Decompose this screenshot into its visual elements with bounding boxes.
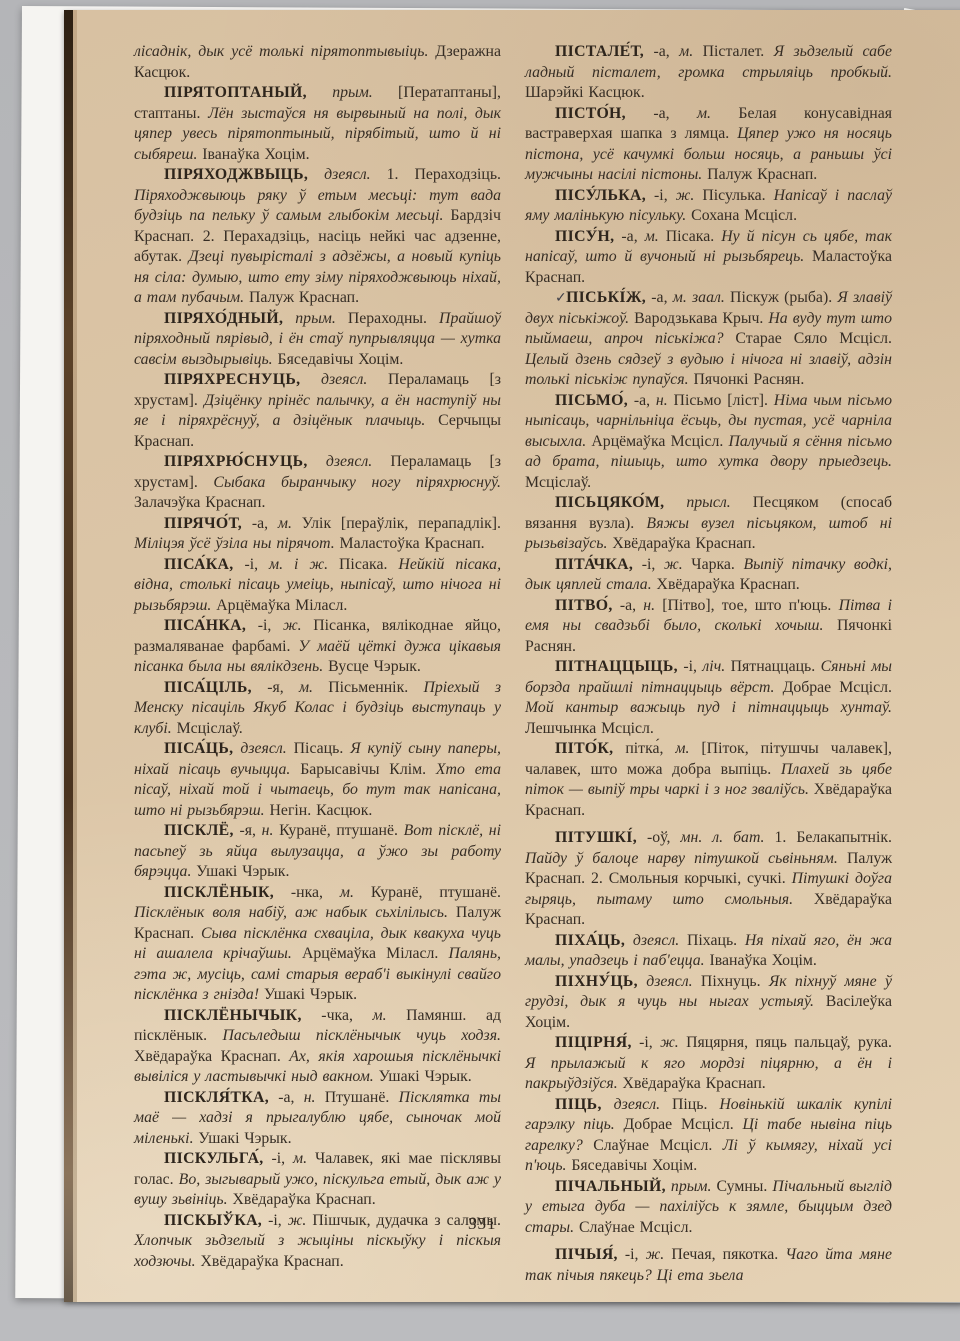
dictionary-entry: ПІСТАЛЕ́Т, -а, м. Пісталет. Я зьдзелый с…	[525, 42, 892, 104]
entry-text: Пісталет.	[693, 43, 764, 60]
scanned-page-background: лісаднік, дык усё толькі пірятоптывыіць.…	[0, 0, 960, 1341]
entry-text: Пасьледыш пісклёнычык чуць ходзя.	[207, 1027, 501, 1044]
entry-text: м.	[285, 1150, 307, 1167]
dictionary-entry: ПІХНУ́ЦЬ, дзеясл. Піхнуць. Як піхнуў мян…	[525, 972, 892, 1034]
entry-text: Сумны.	[711, 1178, 767, 1195]
entry-text: Птушанё.	[316, 1089, 390, 1106]
dictionary-entry: ПІСКЫЎКА, -і, ж. Пішчык, дудачка з салом…	[134, 1211, 501, 1273]
entry-text: Піскуж (рыба).	[725, 289, 832, 306]
entry-text: Пісаць.	[287, 740, 344, 757]
entry-text: Залачэўка Краснап.	[134, 494, 265, 511]
headword: ПІЧАЛЬНЫЙ,	[555, 1178, 666, 1195]
entry-text: дзеясл.	[625, 932, 679, 949]
headword: ПІСТО́Н,	[555, 105, 626, 122]
headword: ПІРЯХОДЖВЫЦЬ,	[164, 166, 308, 183]
entry-text: -а,	[614, 228, 637, 245]
entry-text: н.	[256, 822, 273, 839]
entry-text: м.	[638, 228, 659, 245]
dictionary-entry: ПІРЯХОДЖВЫЦЬ, дзеясл. 1. Пераходзіць. Пі…	[134, 165, 501, 309]
entry-text: ж.	[271, 617, 301, 634]
dictionary-entry: ПІСУ́ЛЬКА, -і, ж. Пісулька. Напісаў і па…	[525, 186, 892, 227]
dictionary-entry: ПІТНАЦЦЫЦЬ, -і, ліч. Пятнаццаць. Сяньні …	[525, 657, 892, 739]
dictionary-entry: ПІТУШКІ́, -оў, мн. л. бат. 1. Белакапытн…	[525, 828, 892, 931]
dictionary-entry: ПІРЯТОПТАНЫЙ, прым. [Ператаптаны], стапт…	[134, 83, 501, 165]
dictionary-entry: ПІТО́К, пітка́, м. [Піток, пітушчы чалав…	[525, 739, 892, 821]
headword: ПІЦЬ,	[555, 1096, 602, 1113]
dictionary-entry: ПІСКУЛЬГА́, -і, м. Чалавек, які мае піск…	[134, 1149, 501, 1211]
headword: ПІРЯТОПТАНЫЙ,	[164, 84, 307, 101]
entry-text: Сыбака быранчыку ногу піряхрюснуў.	[198, 474, 501, 491]
page-spine-edge-highlight	[73, 10, 77, 1302]
entry-text: Бяседавічы Хоцім.	[273, 351, 404, 368]
dictionary-entry: ПІТА́ЧКА, -і, ж. Чарка. Выпіў пітачку во…	[525, 555, 892, 596]
entry-text: -а,	[269, 1089, 294, 1106]
headword: ПІСКЫЎКА,	[164, 1212, 262, 1229]
entry-text: Мой кантыр важыць пуд і пітнаццыць хунта…	[525, 699, 892, 716]
entry-text: Слаўнае Мсцісл.	[583, 1137, 713, 1154]
dictionary-entry: ПІСА́НКА, -і, ж. Пісанка, вялікоднае яйц…	[134, 616, 501, 678]
entry-text: Ушакі Чэрык.	[259, 986, 357, 1003]
entry-text: Ушакі Чэрык.	[374, 1068, 472, 1085]
entry-text: ж.	[653, 1034, 679, 1051]
entry-text: Пісака.	[659, 228, 714, 245]
dictionary-columns: лісаднік, дык усё толькі пірятоптывыіць.…	[134, 42, 892, 1286]
headword: ПІСА́ЦЬ,	[164, 740, 233, 757]
entry-text: Шарэйкі Касцюк.	[525, 84, 645, 101]
headword: ПІТА́ЧКА,	[555, 556, 633, 573]
entry-text: -і,	[632, 1034, 653, 1051]
headword: ПІСЬЦЯКО́М,	[555, 494, 664, 511]
entry-text: Старае Сяло Мсцісл.	[724, 330, 892, 347]
dictionary-entry: ПІСКЛЁНЫЧЫК, -чка, м. Памянш. ад пісклён…	[134, 1006, 501, 1088]
dictionary-entry: лісаднік, дык усё толькі пірятоптывыіць.…	[134, 42, 501, 83]
headword: ПІСА́ЦІЛЬ,	[164, 679, 252, 696]
entry-text: -а,	[613, 597, 636, 614]
entry-text: ж.	[668, 187, 695, 204]
entry-text: ліч.	[697, 658, 725, 675]
dictionary-entry: ПІРЯХРЕСНУЦЬ, дзеясл. Пераламаць [з хрус…	[134, 370, 501, 452]
entry-text: 1. Белакапытнік.	[765, 829, 892, 846]
dictionary-entry: ПІРЯХРЮ́СНУЦЬ, дзеясл. Пераламаць [з хру…	[134, 452, 501, 514]
entry-text: Піхаць.	[679, 932, 737, 949]
dictionary-entry: ПІСКЛЁНЫК, -нка, м. Куранё, птушанё. Піс…	[134, 883, 501, 1006]
headword: ПІХНУ́ЦЬ,	[555, 973, 638, 990]
headword: ПІТВО́,	[555, 597, 613, 614]
entry-text: -і,	[678, 658, 697, 675]
entry-text: Мсціслаў.	[172, 720, 243, 737]
headword: ПІСЬКІ́Ж,	[566, 289, 646, 306]
headword: ПІСУ́Н,	[555, 228, 614, 245]
entry-text: -а,	[628, 392, 650, 409]
entry-text: м.	[663, 740, 689, 757]
entry-text: Лешчынка Мсцісл.	[525, 720, 654, 737]
entry-text: лісаднік, дык усё толькі пірятоптывыіць.	[134, 43, 428, 60]
headword: ПІСУ́ЛЬКА,	[555, 187, 646, 204]
dictionary-entry: ПІСЬЦЯКО́М, прысл. Песцяком (спосаб вяза…	[525, 493, 892, 555]
entry-text: Піхнуць.	[693, 973, 761, 990]
entry-text: -я,	[234, 822, 256, 839]
headword: ПІТО́К,	[555, 740, 613, 757]
entry-text: прым.	[666, 1178, 712, 1195]
entry-text: Пісьменнік.	[313, 679, 408, 696]
entry-text: м.	[268, 515, 292, 532]
headword: ПІСКУЛЬГА́,	[164, 1150, 264, 1167]
dictionary-entry: ПІСТО́Н, -а, м. Белая конусавідная вастр…	[525, 104, 892, 186]
dictionary-entry: ПІЦЬ, дзеясл. Піць. Новінькій шкалік куп…	[525, 1095, 892, 1177]
headword: ПІСКЛЁНЫЧЫК,	[164, 1007, 302, 1024]
entry-text: -оў,	[637, 829, 670, 846]
entry-text: Хвёдараўка Краснап.	[134, 1048, 281, 1065]
book-page: лісаднік, дык усё толькі пірятоптывыіць.…	[64, 10, 960, 1302]
entry-text: дзеясл.	[308, 453, 373, 470]
dictionary-entry: ПІСА́ЦЬ, дзеясл. Пісаць. Я купіў сыну па…	[134, 739, 501, 821]
entry-text: ж.	[639, 1246, 665, 1263]
entry-text: Хвёдараўка Краснап.	[652, 576, 800, 593]
headword: ПІРЯХРЮ́СНУЦЬ,	[164, 453, 308, 470]
entry-text: 1. Пераходзіць.	[371, 166, 501, 183]
entry-text: м.	[670, 105, 711, 122]
dictionary-entry: ПІЧЫЯ́, -і, ж. Печая, пякотка. Чаго йта …	[525, 1245, 892, 1286]
entry-text: Іванаўка Хоцім.	[705, 952, 817, 969]
entry-text: н.	[650, 392, 668, 409]
entry-text: -нка,	[274, 884, 323, 901]
entry-text: ж.	[282, 1212, 307, 1229]
entry-text: м.	[284, 679, 313, 696]
headword: ПІСКЛЯ́ТКА,	[164, 1089, 269, 1106]
entry-text: Сохана Мсцісл.	[686, 207, 797, 224]
entry-text: Ушакі Чэрык.	[194, 1130, 292, 1147]
entry-text: -я,	[252, 679, 284, 696]
entry-text: дзеясл.	[300, 371, 367, 388]
dictionary-entry: ПІЦІРНЯ́, -і, ж. Пяцярня, пяць пальцаў, …	[525, 1033, 892, 1095]
headword: ПІТУШКІ́,	[555, 829, 637, 846]
entry-text: Арцёмаўка Міласл.	[292, 945, 439, 962]
headword: ПІСКЛЁНЫК,	[164, 884, 274, 901]
entry-text: Хвёдараўка Краснап.	[196, 1253, 344, 1270]
page-number: 331	[468, 1214, 497, 1234]
entry-text: Арцёмаўка Мсцісл.	[586, 433, 723, 450]
entry-text: -і,	[234, 556, 259, 573]
entry-text: Куранё, птушанё.	[273, 822, 398, 839]
entry-text: дзеясл.	[308, 166, 370, 183]
entry-text: Пераходны.	[336, 310, 427, 327]
handwritten-checkmark: ✓	[555, 290, 566, 306]
entry-text: мн. л. бат.	[670, 829, 764, 846]
page-content: лісаднік, дык усё толькі пірятоптывыіць.…	[134, 42, 892, 1286]
entry-text: Ушакі Чэрык.	[191, 863, 289, 880]
entry-text: Палуж Краснап.	[244, 289, 359, 306]
entry-text: Пяцярня, пяць пальцаў, рука.	[679, 1034, 892, 1051]
headword: ПІРЯХРЕСНУЦЬ,	[164, 371, 300, 388]
dictionary-entry: ПІСЬМО́, -а, н. Пісьмо [ліст]. Німа чым …	[525, 391, 892, 494]
dictionary-entry: ✓ПІСЬКІ́Ж, -а, м. заал. Піскуж (рыба). Я…	[525, 288, 892, 391]
text-column-right: ПІСТАЛЕ́Т, -а, м. Пісталет. Я зьдзелый с…	[525, 42, 892, 1286]
entry-text: Пятнаццаць.	[725, 658, 815, 675]
entry-text: Пісклёнык воля набіў, аж набык сьхілілыс…	[134, 904, 448, 921]
entry-text: Чарка.	[683, 556, 735, 573]
dictionary-entry: ПІРЯХО́ДНЫЙ, прым. Пераходны. Прайшоў пі…	[134, 309, 501, 371]
entry-text: Пісака.	[328, 556, 387, 573]
entry-text: -а,	[644, 43, 670, 60]
entry-text: -а,	[646, 289, 667, 306]
dictionary-entry: ПІСУ́Н, -а, м. Пісака. Ну й пісун сь цяб…	[525, 227, 892, 289]
headword: ПІЦІРНЯ́,	[555, 1034, 632, 1051]
entry-text: Пісьмо [ліст].	[668, 392, 768, 409]
entry-text: -а,	[626, 105, 670, 122]
page-spine-edge	[64, 10, 73, 1302]
entry-text: м. заал.	[668, 289, 725, 306]
entry-text: Пячонкі Раснян.	[689, 371, 805, 388]
headword: ПІРЯЧО́Т,	[164, 515, 242, 532]
dictionary-entry: ПІЧАЛЬНЫЙ, прым. Сумны. Пічальный выглід…	[525, 1177, 892, 1239]
entry-text: Хвёдараўка Краснап.	[228, 1191, 376, 1208]
entry-text: дзеясл.	[233, 740, 286, 757]
entry-text: Вусце Чэрык.	[323, 658, 421, 675]
dictionary-entry: ПІСА́ЦІЛЬ, -я, м. Пісьменнік. Пріехый з …	[134, 678, 501, 740]
entry-text: Печая, пякотка.	[664, 1246, 778, 1263]
entry-text: Хвёдараўка Краснап.	[607, 535, 755, 552]
entry-text: Іванаўка Хоцім.	[197, 146, 309, 163]
entry-text: Пайду ў балоце нарву пітушкой сьвіньням.	[525, 850, 838, 867]
entry-text: Арцёмаўка Міласл.	[211, 597, 347, 614]
entry-text: Вародзькава Крыч.	[629, 310, 763, 327]
entry-text: Палуж Краснап.	[702, 166, 817, 183]
entry-text: н.	[294, 1089, 315, 1106]
dictionary-entry: ПІСКЛЯ́ТКА, -а, н. Птушанё. Пісклятка ты…	[134, 1088, 501, 1150]
entry-text: м.	[670, 43, 693, 60]
entry-text: Бяседавічы Хоцім.	[566, 1157, 697, 1174]
headword: ПІСКЛЁ,	[164, 822, 234, 839]
entry-text: дзеясл.	[638, 973, 693, 990]
entry-text: -чка,	[302, 1007, 353, 1024]
entry-text: Мсціслаў.	[525, 474, 591, 491]
headword: ПІСЬМО́,	[555, 392, 628, 409]
entry-text: Хвёдараўка Краснап.	[618, 1075, 766, 1092]
text-column-left: лісаднік, дык усё толькі пірятоптывыіць.…	[134, 42, 501, 1286]
entry-text: м. і ж.	[258, 556, 328, 573]
entry-text: -і,	[646, 187, 668, 204]
entry-text: [Пітво], тое, што п'юць.	[655, 597, 831, 614]
entry-text: Куранё, птушанё.	[354, 884, 501, 901]
entry-text: Міліцэя ўсё ўзіла ны пірячот.	[134, 535, 335, 552]
entry-text: Добрае Мсцісл.	[775, 679, 893, 696]
entry-text: прысл.	[664, 494, 730, 511]
dictionary-entry: ПІСКЛЁ, -я, н. Куранё, птушанё. Вот піск…	[134, 821, 501, 883]
headword: ПІТНАЦЦЫЦЬ,	[555, 658, 678, 675]
entry-text: прым.	[307, 84, 373, 101]
headword: ПІХА́ЦЬ,	[555, 932, 625, 949]
entry-text: -а,	[242, 515, 268, 532]
entry-text: Негін. Касцюк.	[265, 802, 373, 819]
dictionary-entry: ПІРЯЧО́Т, -а, м. Улік [пераўлік, перапад…	[134, 514, 501, 555]
entry-text: Слаўнае Мсцісл.	[574, 1219, 692, 1236]
entry-text: пітка́,	[613, 740, 663, 757]
dictionary-entry: ПІХА́ЦЬ, дзеясл. Піхаць. Ня піхай яго, ё…	[525, 931, 892, 972]
entry-text: Барысавічы Клім.	[290, 761, 426, 778]
dictionary-entry: ПІТВО́, -а, н. [Пітво], тое, што п'юць. …	[525, 596, 892, 658]
entry-text: -і,	[262, 1212, 282, 1229]
entry-text: -і,	[633, 556, 655, 573]
entry-text: н.	[636, 597, 655, 614]
entry-text: Улік [пераўлік, перападлік].	[292, 515, 501, 532]
headword: ПІСА́НКА,	[164, 617, 246, 634]
entry-text: ж.	[655, 556, 682, 573]
entry-text: Добрае Мсцісл.	[615, 1116, 734, 1133]
headword: ПІСТАЛЕ́Т,	[555, 43, 644, 60]
headword: ПІЧЫЯ́,	[555, 1246, 618, 1263]
entry-text: Піць.	[660, 1096, 707, 1113]
headword: ПІРЯХО́ДНЫЙ,	[164, 310, 283, 327]
dictionary-entry: ПІСА́КА, -і, м. і ж. Пісака. Нейкій піса…	[134, 555, 501, 617]
entry-text: -і,	[246, 617, 271, 634]
entry-text: м.	[353, 1007, 387, 1024]
entry-text: Пісулька.	[694, 187, 765, 204]
entry-text: Маластоўка Краснап.	[335, 535, 485, 552]
entry-text: -і,	[618, 1246, 639, 1263]
entry-text: дзеясл.	[602, 1096, 660, 1113]
headword: ПІСА́КА,	[164, 556, 234, 573]
entry-text: м.	[323, 884, 354, 901]
entry-text: -і,	[264, 1150, 286, 1167]
entry-text: прым.	[283, 310, 336, 327]
